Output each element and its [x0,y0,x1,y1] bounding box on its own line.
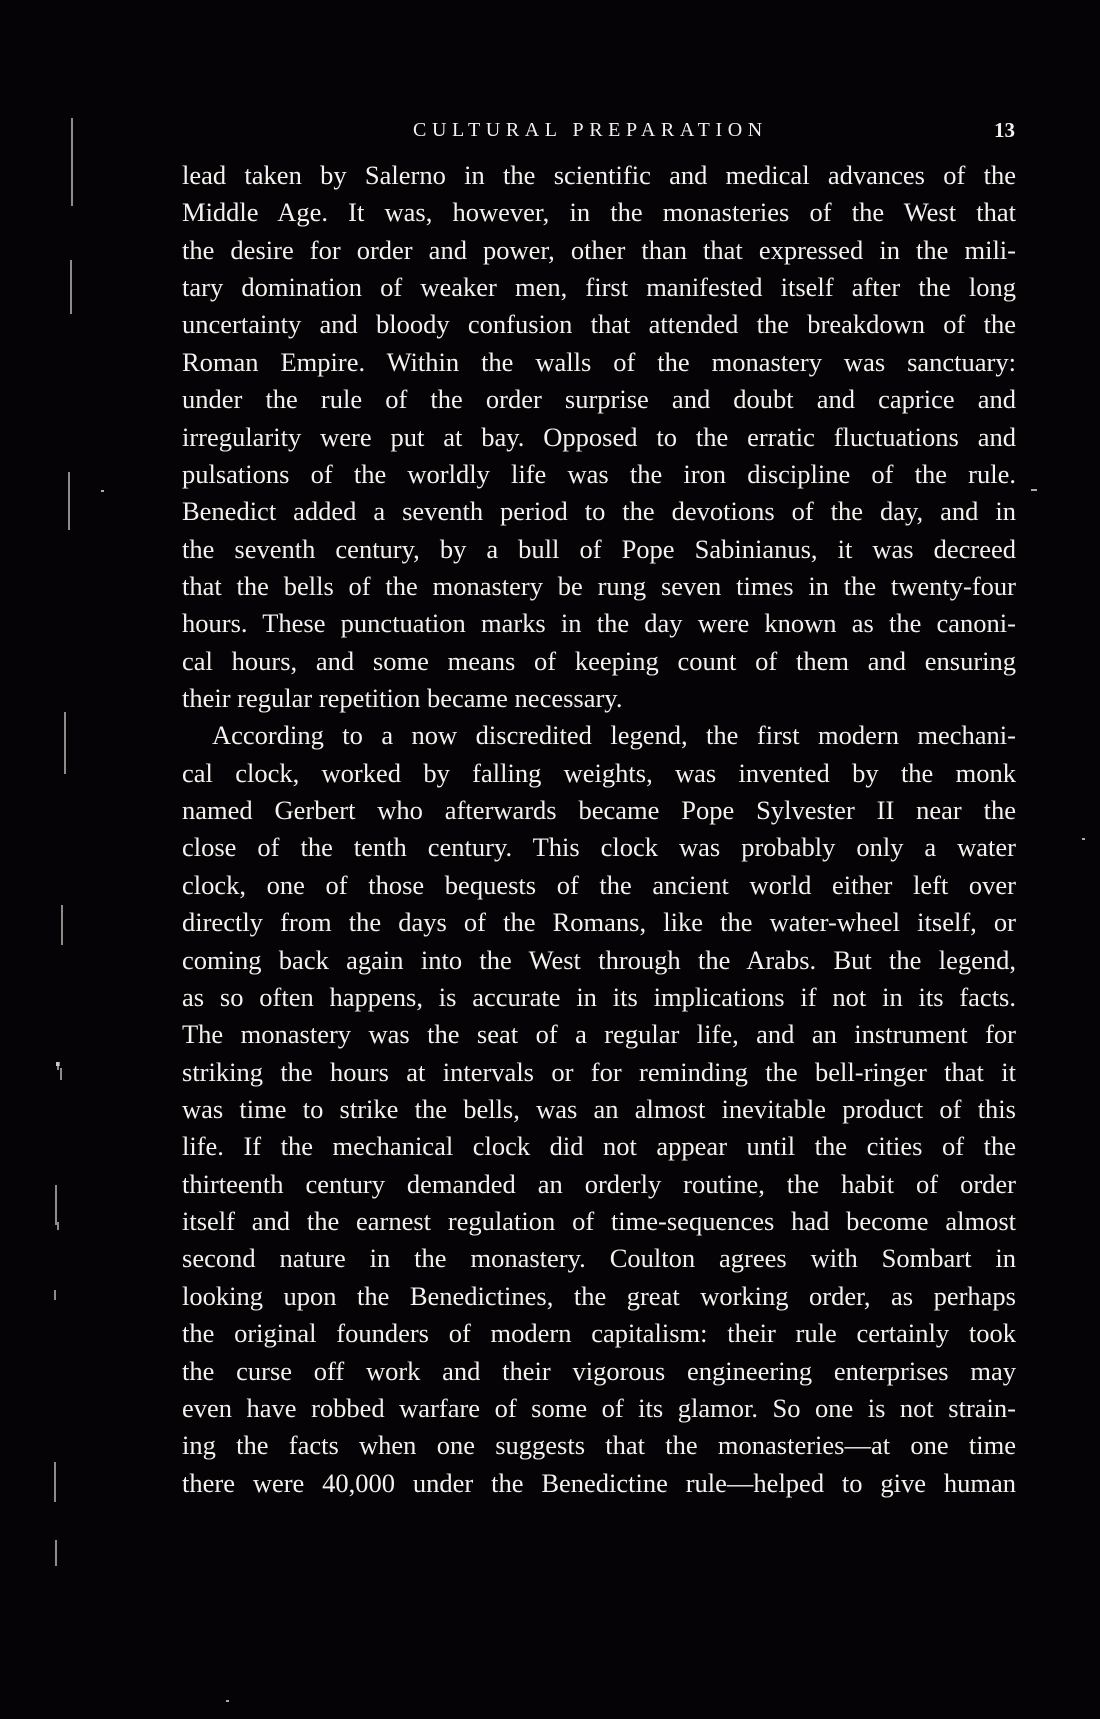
running-head: CULTURAL PREPARATION 13 [182,117,1015,143]
scan-artifact-line [64,712,66,774]
text-line: Middle Age. It was, however, in the mona… [182,194,1016,231]
scan-artifact-line [55,1185,57,1225]
page-number: 13 [994,117,1015,143]
body-text: lead taken by Salerno in the scientific … [182,157,1016,1502]
paragraph-1: lead taken by Salerno in the scientific … [182,157,1016,717]
scan-speck [1031,489,1037,491]
scan-artifact-line [54,1462,56,1502]
text-line: tary domination of weaker men, first man… [182,269,1016,306]
text-line: directly from the days of the Romans, li… [182,904,1016,941]
scan-artifact-line [57,1222,59,1230]
text-line: clock, one of those bequests of the anci… [182,867,1016,904]
text-line: their regular repetition became necessar… [182,680,1016,717]
scan-artifact-line [54,1290,56,1300]
scan-artifact-line [60,1068,62,1080]
text-line: pulsations of the worldly life was the i… [182,456,1016,493]
text-line: the seventh century, by a bull of Pope S… [182,531,1016,568]
text-line: looking upon the Benedictines, the great… [182,1278,1016,1315]
text-line: that the bells of the monastery be rung … [182,568,1016,605]
text-line: cal hours, and some means of keeping cou… [182,643,1016,680]
paragraph-2: According to a now discredited legend, t… [182,717,1016,1502]
chapter-title: CULTURAL PREPARATION [413,117,768,143]
text-line: the curse off work and their vigorous en… [182,1353,1016,1390]
scan-speck [101,490,104,492]
scan-artifact-line [57,1062,59,1066]
text-line: even have robbed warfare of some of its … [182,1390,1016,1427]
scan-artifact-line [70,260,72,314]
book-page: CULTURAL PREPARATION 13 lead taken by Sa… [0,0,1100,1719]
text-line: there were 40,000 under the Benedictine … [182,1465,1016,1502]
text-line: thirteenth century demanded an orderly r… [182,1166,1016,1203]
text-line: cal clock, worked by falling weights, wa… [182,755,1016,792]
scan-speck [226,1700,229,1702]
text-line: was time to strike the bells, was an alm… [182,1091,1016,1128]
scan-artifact-line [61,905,63,945]
scan-artifact-line [68,472,70,530]
scan-artifact-line [55,1540,57,1566]
text-line: ing the facts when one suggests that the… [182,1427,1016,1464]
text-line: hours. These punctuation marks in the da… [182,605,1016,642]
scan-artifact-line [71,118,73,206]
text-line: irregularity were put at bay. Opposed to… [182,419,1016,456]
text-line: coming back again into the West through … [182,942,1016,979]
text-line: striking the hours at intervals or for r… [182,1054,1016,1091]
text-line: under the rule of the order surprise and… [182,381,1016,418]
text-line: The monastery was the seat of a regular … [182,1016,1016,1053]
text-line: second nature in the monastery. Coulton … [182,1240,1016,1277]
text-line: life. If the mechanical clock did not ap… [182,1128,1016,1165]
text-line: itself and the earnest regulation of tim… [182,1203,1016,1240]
text-line: the desire for order and power, other th… [182,232,1016,269]
text-line: Benedict added a seventh period to the d… [182,493,1016,530]
text-line: uncertainty and bloody confusion that at… [182,306,1016,343]
text-line: Roman Empire. Within the walls of the mo… [182,344,1016,381]
text-line: lead taken by Salerno in the scientific … [182,157,1016,194]
text-line: the original founders of modern capitali… [182,1315,1016,1352]
text-line: as so often happens, is accurate in its … [182,979,1016,1016]
text-line: close of the tenth century. This clock w… [182,829,1016,866]
text-line: named Gerbert who afterwards became Pope… [182,792,1016,829]
text-line: According to a now discredited legend, t… [182,717,1016,754]
scan-speck [1082,838,1085,840]
